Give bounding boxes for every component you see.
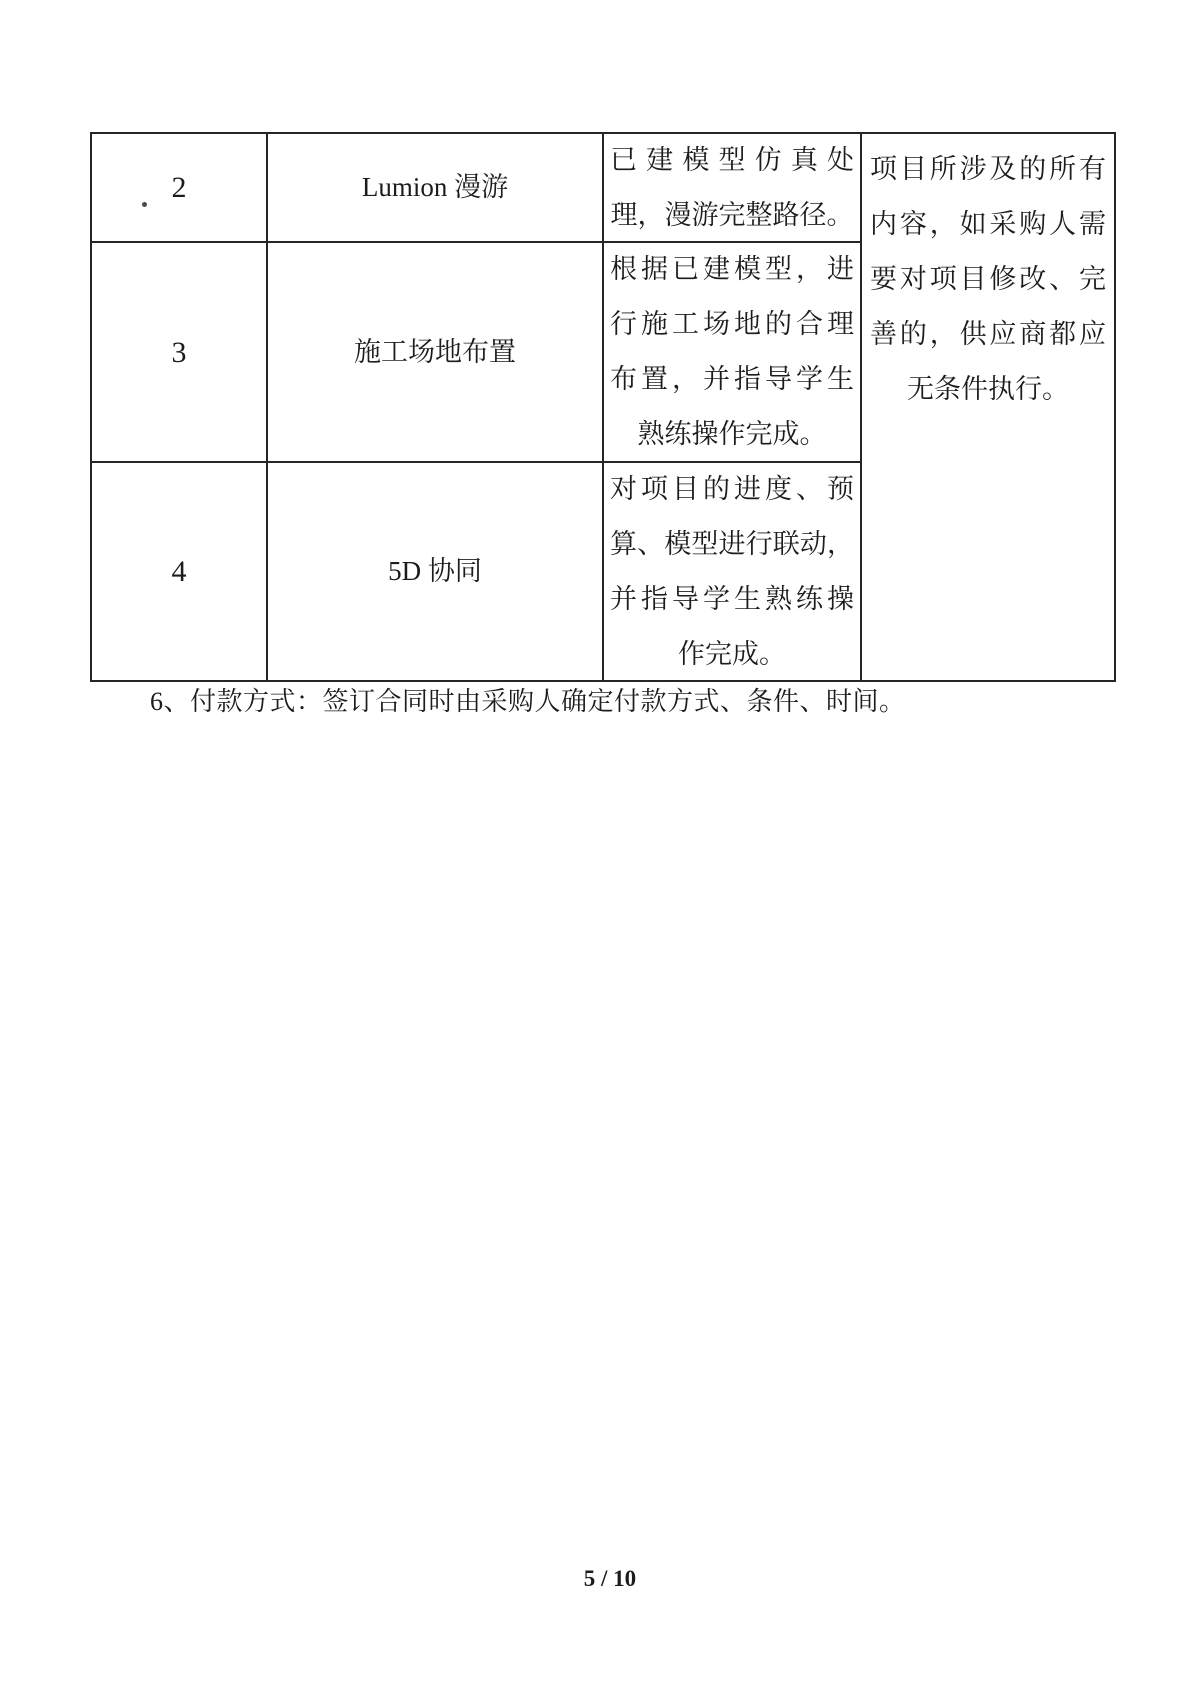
row4-seq: 4 <box>172 544 187 599</box>
page-number: 5 / 10 <box>0 1566 1190 1592</box>
procurement-service-table: 2 Lumion 漫游 已建模型仿真处理，漫游完整路径。 项目所涉及的所有内容，… <box>90 132 1116 682</box>
scan-artifact-dot <box>142 202 147 207</box>
row3-seq-cell: 3 <box>92 243 268 463</box>
payment-note: 6、付款方式：签订合同时由采购人确定付款方式、条件、时间。 <box>150 684 1110 720</box>
row2-seq-cell: 2 <box>92 134 268 243</box>
row3-seq: 3 <box>172 325 187 380</box>
row4-item-cell: 5D 协同 <box>268 463 604 680</box>
row2-item-cell: Lumion 漫游 <box>268 134 604 243</box>
row3-description-cell: 根据已建模型，进行施工场地的合理布置，并指导学生熟练操作完成。 <box>604 243 862 463</box>
row3-item: 施工场地布置 <box>354 325 516 380</box>
row4-description-cell: 对项目的进度、预算、模型进行联动，并指导学生熟练操作完成。 <box>604 463 862 680</box>
row4-seq-cell: 4 <box>92 463 268 680</box>
row3-item-cell: 施工场地布置 <box>268 243 604 463</box>
row4-item: 5D 协同 <box>388 544 482 599</box>
row2-description-cell: 已建模型仿真处理，漫游完整路径。 <box>604 134 862 243</box>
row2-item: Lumion 漫游 <box>362 160 508 215</box>
remark-merged-cell: 项目所涉及的所有内容，如采购人需要对项目修改、完善的，供应商都应无条件执行。 <box>862 134 1114 680</box>
row2-seq: 2 <box>172 160 187 215</box>
document-page: 2 Lumion 漫游 已建模型仿真处理，漫游完整路径。 项目所涉及的所有内容，… <box>0 0 1190 1684</box>
